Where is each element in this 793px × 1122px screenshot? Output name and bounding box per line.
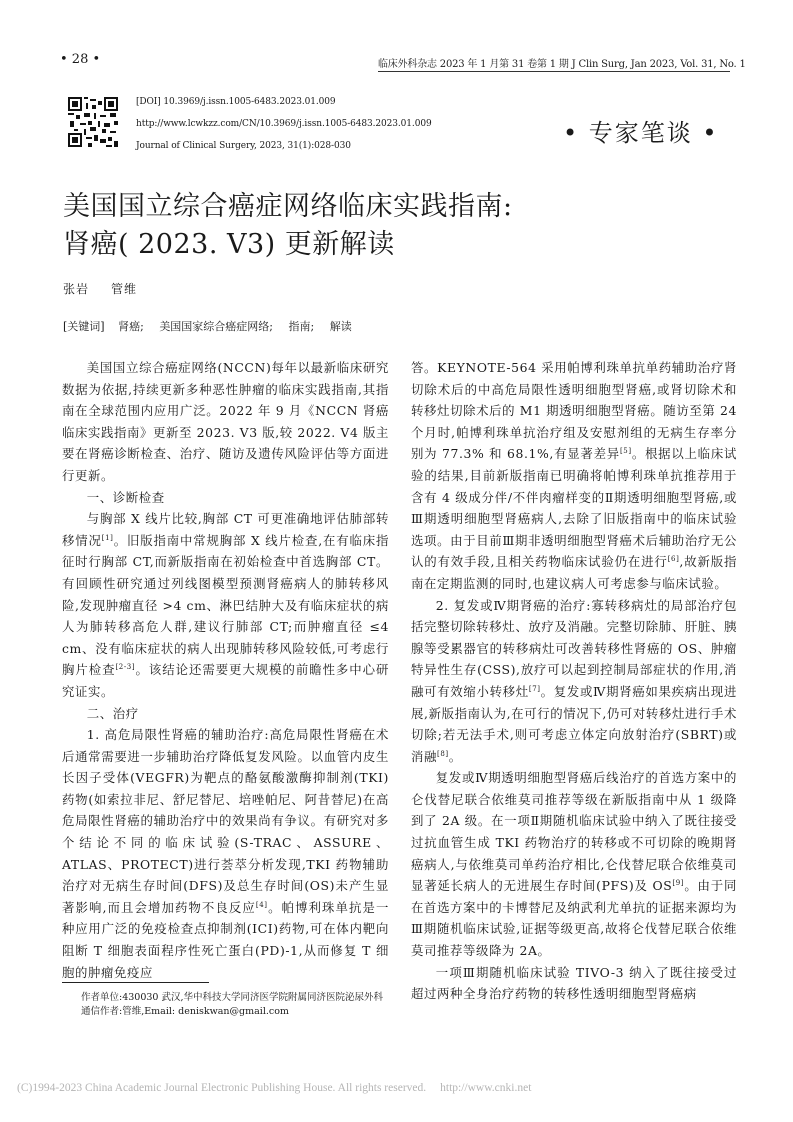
paragraph: 复发或Ⅳ期透明细胞型肾癌后线治疗的首选方案中的仑伐替尼联合依维莫司推荐等级在新版… <box>411 767 737 961</box>
page-number: • 28 • <box>60 52 100 67</box>
keyword: 肾癌; <box>118 320 144 333</box>
copyright-footer: (C)1994-2023 China Academic Journal Elec… <box>17 1082 531 1094</box>
author-list: 张岩管维 <box>63 280 137 297</box>
article-title: 美国国立综合癌症网络临床实践指南: 肾癌( 2023. V3) 更新解读 <box>63 188 513 264</box>
article-url-link[interactable]: http://www.lcwkzz.com/CN/10.3969/j.issn.… <box>136 119 432 129</box>
qr-code-icon <box>68 97 118 147</box>
keyword: 解读 <box>330 320 352 333</box>
paragraph: 美国国立综合癌症网络(NCCN)每年以最新临床研究数据为依据,持续更新多种恶性肿… <box>62 357 389 487</box>
column-label: • 专家笔谈 • <box>563 113 719 148</box>
section-heading: 二、治疗 <box>62 703 389 725</box>
body-column-left: 美国国立综合癌症网络(NCCN)每年以最新临床研究数据为依据,持续更新多种恶性肿… <box>62 357 389 983</box>
citation-ref[interactable]: [1] <box>102 534 114 542</box>
body-column-right: 答。KEYNOTE-564 采用帕博利珠单抗单药辅助治疗肾切除术后的中高危局限性… <box>411 357 737 1005</box>
paragraph: 一项Ⅲ期随机临床试验 TIVO-3 纳入了既往接受过超过两种全身治疗药物的转移性… <box>411 962 737 1005</box>
cnki-link[interactable]: http://www.cnki.net <box>440 1082 531 1094</box>
author: 管维 <box>111 282 137 296</box>
footnotes: 作者单位:430030 武汉,华中科技大学同济医学院附属同济医院泌尿外科 通信作… <box>62 991 389 1018</box>
citation-ref[interactable]: [7] <box>529 685 541 693</box>
author: 张岩 <box>63 282 89 296</box>
running-head: 临床外科杂志 2023 年 1 月第 31 卷第 1 期 J Clin Surg… <box>378 55 730 72</box>
keyword: 美国国家综合癌症网络; <box>159 320 273 333</box>
keyword: 指南; <box>289 320 315 333</box>
keywords-label: [关键词] <box>63 320 105 333</box>
doi-text: [DOI] 10.3969/j.issn.1005-6483.2023.01.0… <box>136 97 335 107</box>
citation-ref[interactable]: [9] <box>672 879 684 887</box>
paragraph: 2. 复发或Ⅳ期肾癌的治疗:寡转移病灶的局部治疗包括完整切除转移灶、放疗及消融。… <box>411 595 737 768</box>
citation-ref[interactable]: [6] <box>668 555 680 563</box>
citation-ref[interactable]: [5] <box>620 447 632 455</box>
keywords: [关键词] 肾癌; 美国国家综合癌症网络; 指南; 解读 <box>63 318 364 334</box>
paragraph: 与胸部 X 线片比较,胸部 CT 可更准确地评估肺部转移情况[1]。旧版指南中常… <box>62 508 389 702</box>
paragraph: 1. 高危局限性肾癌的辅助治疗:高危局限性肾癌在术后通常需要进一步辅助治疗降低复… <box>62 724 389 983</box>
title-line-1: 美国国立综合癌症网络临床实践指南: <box>63 188 513 226</box>
paragraph: 答。KEYNOTE-564 采用帕博利珠单抗单药辅助治疗肾切除术后的中高危局限性… <box>411 357 737 595</box>
citation-text: Journal of Clinical Surgery, 2023, 31(1)… <box>136 141 351 151</box>
footnote-divider <box>62 982 209 983</box>
citation-ref[interactable]: [4] <box>256 901 268 909</box>
correspondence: 通信作者:管维,Email: deniskwan@gmail.com <box>62 1005 389 1019</box>
copyright-text: (C)1994-2023 China Academic Journal Elec… <box>17 1082 426 1094</box>
citation-ref[interactable]: [2-3] <box>115 663 135 671</box>
title-line-2: 肾癌( 2023. V3) 更新解读 <box>63 226 513 264</box>
citation-ref[interactable]: [8] <box>437 750 449 758</box>
section-heading: 一、诊断检查 <box>62 487 389 509</box>
author-affiliation: 作者单位:430030 武汉,华中科技大学同济医学院附属同济医院泌尿外科 <box>62 991 389 1005</box>
